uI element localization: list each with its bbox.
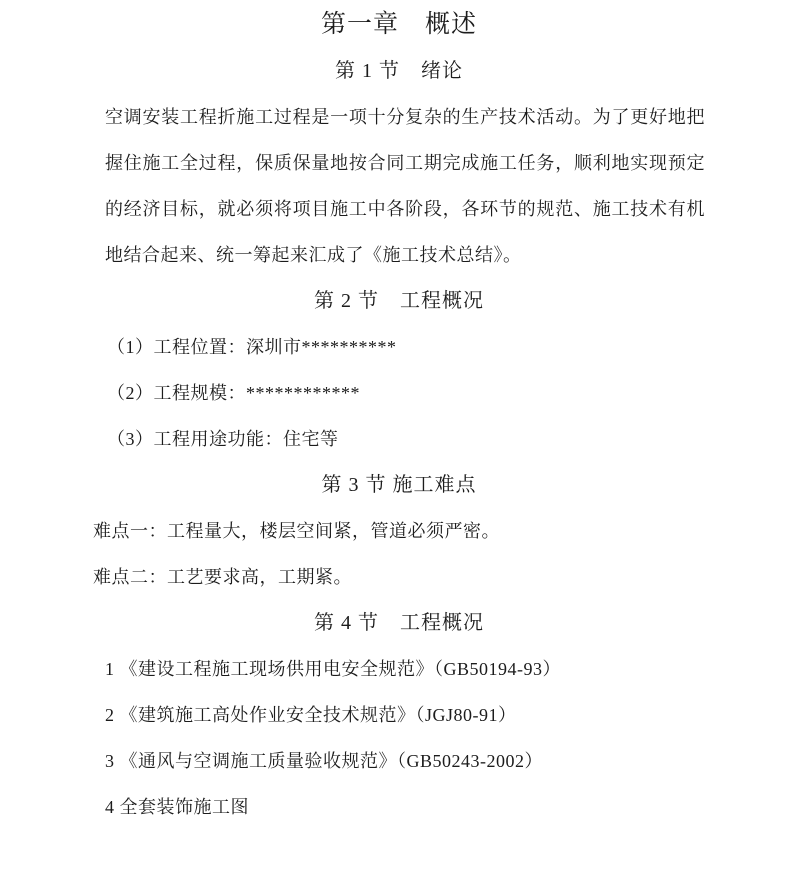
section-1-heading: 第 1 节 绪论 <box>93 48 705 94</box>
chapter-title: 第一章 概述 <box>93 2 705 48</box>
section-1-paragraph-line-2: 握住施工全过程，保质保量地按合同工期完成施工任务，顺利地实现预定 <box>105 140 705 186</box>
section-3-heading: 第 3 节 施工难点 <box>93 462 705 508</box>
section-4-item-2: 2 《建筑施工高处作业安全技术规范》（JGJ80-91） <box>105 692 705 738</box>
section-4-item-4: 4 全套装饰施工图 <box>105 784 705 830</box>
section-4-item-3: 3 《通风与空调施工质量验收规范》（GB50243-2002） <box>105 738 705 784</box>
section-3-item-1: 难点一：工程量大，楼层空间紧，管道必须严密。 <box>93 508 705 554</box>
section-1-paragraph-line-1: 空调安装工程折施工过程是一项十分复杂的生产技术活动。为了更好地把 <box>105 94 705 140</box>
section-2-heading: 第 2 节 工程概况 <box>93 278 705 324</box>
section-1-paragraph-line-4: 地结合起来、统一筹起来汇成了《施工技术总结》。 <box>105 232 705 278</box>
section-4-heading: 第 4 节 工程概况 <box>93 600 705 646</box>
section-2-item-1: （1）工程位置：深圳市********** <box>107 324 705 370</box>
section-2-item-3: （3）工程用途功能：住宅等 <box>107 416 705 462</box>
section-1-paragraph-line-3: 的经济目标，就必须将项目施工中各阶段，各环节的规范、施工技术有机 <box>105 186 705 232</box>
document-page: 第一章 概述 第 1 节 绪论 空调安装工程折施工过程是一项十分复杂的生产技术活… <box>0 0 793 879</box>
section-3-item-2: 难点二：工艺要求高，工期紧。 <box>93 554 705 600</box>
section-4-item-1: 1 《建设工程施工现场供用电安全规范》（GB50194-93） <box>105 646 705 692</box>
section-2-item-2: （2）工程规模：************ <box>107 370 705 416</box>
